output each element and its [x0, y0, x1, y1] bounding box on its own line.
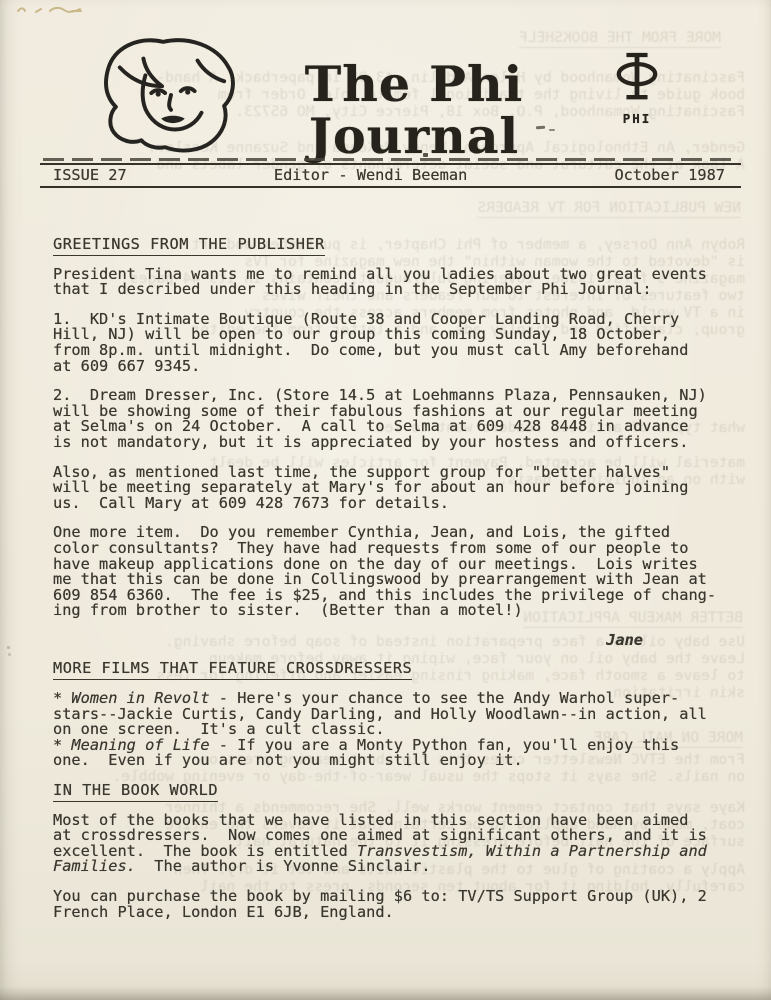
section-heading: IN THE BOOK WORLD	[53, 783, 741, 799]
text-line: one. Even if you are not you might still…	[53, 753, 741, 769]
paragraph: Most of the books that we have listed in…	[53, 813, 741, 875]
issue-row: ISSUE 27 Editor - Wendi Beeman October 1…	[40, 165, 741, 186]
text-line: that I described under this heading in t…	[53, 282, 741, 298]
journal-title: The Phi Journal	[218, 58, 610, 162]
issue-bar: ISSUE 27 Editor - Wendi Beeman October 1…	[40, 158, 741, 188]
text-line: French Place, London E1 6JB, England.	[53, 905, 741, 921]
document-body: GREETINGS FROM THE PUBLISHERPresident Ti…	[0, 188, 771, 920]
editor-credit: Editor - Wendi Beeman	[274, 166, 467, 184]
paragraph: You can purchase the book by mailing $6 …	[53, 889, 741, 920]
pencil-note	[14, 2, 86, 18]
issue-date: October 1987	[614, 166, 725, 184]
text-line: is not mandatory, but it is appreciated …	[53, 435, 741, 451]
section-heading: MORE FILMS THAT FEATURE CROSSDRESSERS	[53, 661, 741, 677]
phi-icon	[614, 50, 660, 106]
ink-speck	[549, 129, 555, 131]
ink-speck	[423, 153, 428, 157]
dashed-rule	[43, 158, 738, 161]
text-line: us. Call Mary at 609 428 7673 for detail…	[53, 496, 741, 512]
ink-speck	[7, 646, 10, 649]
scan-edge-shadow	[0, 986, 771, 1000]
paragraph: 2. Dream Dresser, Inc. (Store 14.5 at Lo…	[53, 388, 741, 450]
signature: Jane	[53, 633, 643, 649]
ink-speck	[8, 653, 11, 656]
section-heading: GREETINGS FROM THE PUBLISHER	[53, 237, 741, 253]
paragraph: One more item. Do you remember Cynthia, …	[53, 525, 741, 619]
paragraph: Also, as mentioned last time, the suppor…	[53, 465, 741, 512]
masthead: The Phi Journal PHI	[0, 0, 771, 158]
phi-label: PHI	[606, 111, 668, 126]
newsletter-page: MORE FROM THE BOOKSHELFFascinating Woman…	[0, 0, 771, 1000]
paragraph: President Tina wants me to remind all yo…	[53, 267, 741, 298]
phi-symbol-block: PHI	[606, 50, 668, 126]
paragraph: * Women in Revolt - Here's your chance t…	[53, 691, 741, 769]
issue-number: ISSUE 27	[53, 166, 127, 184]
text-line: at 609 667 9345.	[53, 359, 741, 375]
text-line: Families. The author is Yvonne Sinclair.	[53, 859, 741, 875]
paragraph: 1. KD's Intimate Boutique (Route 38 and …	[53, 312, 741, 374]
text-line: ing from brother to sister. (Better than…	[53, 603, 741, 619]
